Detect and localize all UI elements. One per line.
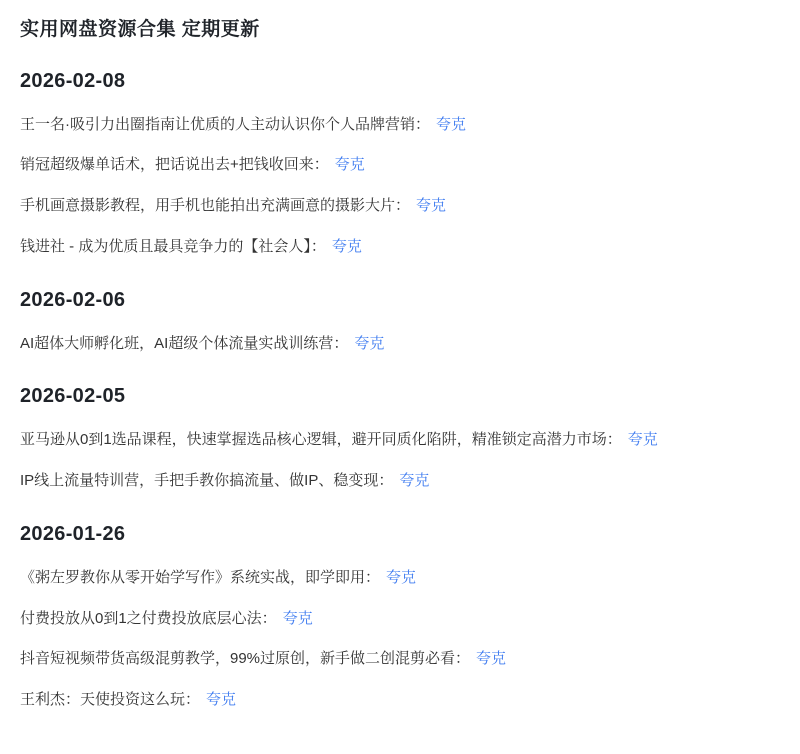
quark-link[interactable]: 夸克 bbox=[354, 335, 384, 352]
resource-item-text: 亚马逊从0到1选品课程，快速掌握选品核心逻辑，避开同质化陷阱，精准锁定高潜力市场… bbox=[20, 431, 622, 448]
resource-item: 手机画意摄影教程，用手机也能拍出充满画意的摄影大片：夸克 bbox=[20, 195, 780, 217]
quark-link[interactable]: 夸克 bbox=[335, 156, 365, 173]
quark-link[interactable]: 夸克 bbox=[476, 650, 506, 667]
resource-item-text: 王一名·吸引力出圈指南让优质的人主动认识你个人品牌营销： bbox=[20, 116, 430, 133]
section-date-heading: 2026-01-26 bbox=[20, 522, 780, 547]
quark-link[interactable]: 夸克 bbox=[628, 431, 658, 448]
resource-item: 《粥左罗教你从零开始学写作》系统实战，即学即用：夸克 bbox=[20, 567, 780, 589]
resource-item-text: IP线上流量特训营，手把手教你搞流量、做IP、稳变现： bbox=[20, 472, 393, 489]
quark-link[interactable]: 夸克 bbox=[436, 116, 466, 133]
resource-item: 王一名·吸引力出圈指南让优质的人主动认识你个人品牌营销：夸克 bbox=[20, 114, 780, 136]
resource-item-text: 《粥左罗教你从零开始学写作》系统实战，即学即用： bbox=[20, 569, 380, 586]
quark-link[interactable]: 夸克 bbox=[283, 610, 313, 627]
resource-item-text: 销冠超级爆单话术，把话说出去+把钱收回来： bbox=[20, 156, 329, 173]
section-date-heading: 2026-02-06 bbox=[20, 288, 780, 313]
quark-link[interactable]: 夸克 bbox=[332, 238, 362, 255]
resource-item-text: 手机画意摄影教程，用手机也能拍出充满画意的摄影大片： bbox=[20, 197, 410, 214]
quark-link[interactable]: 夸克 bbox=[399, 472, 429, 489]
resource-item-text: 王利杰：天使投资这么玩： bbox=[20, 691, 200, 708]
quark-link[interactable]: 夸克 bbox=[386, 569, 416, 586]
page-title: 实用网盘资源合集 定期更新 bbox=[20, 18, 780, 43]
date-section: 2026-02-08王一名·吸引力出圈指南让优质的人主动认识你个人品牌营销：夸克… bbox=[20, 69, 780, 258]
resource-item: 亚马逊从0到1选品课程，快速掌握选品核心逻辑，避开同质化陷阱，精准锁定高潜力市场… bbox=[20, 429, 780, 451]
resource-item: 销冠超级爆单话术，把话说出去+把钱收回来：夸克 bbox=[20, 154, 780, 176]
resource-item: 钱进社 - 成为优质且最具竞争力的【社会人】：夸克 bbox=[20, 236, 780, 258]
quark-link[interactable]: 夸克 bbox=[416, 197, 446, 214]
resource-item: 抖音短视频带货高级混剪教学，99%过原创，新手做二创混剪必看：夸克 bbox=[20, 648, 780, 670]
section-date-heading: 2026-02-08 bbox=[20, 69, 780, 94]
date-section: 2026-02-05亚马逊从0到1选品课程，快速掌握选品核心逻辑，避开同质化陷阱… bbox=[20, 384, 780, 492]
resource-item: IP线上流量特训营，手把手教你搞流量、做IP、稳变现：夸克 bbox=[20, 470, 780, 492]
section-date-heading: 2026-02-05 bbox=[20, 384, 780, 409]
resource-item-text: 钱进社 - 成为优质且最具竞争力的【社会人】： bbox=[20, 238, 326, 255]
resource-item-text: 付费投放从0到1之付费投放底层心法： bbox=[20, 610, 277, 627]
resource-item: AI超体大师孵化班，AI超级个体流量实战训练营：夸克 bbox=[20, 333, 780, 355]
resource-item: 王利杰：天使投资这么玩：夸克 bbox=[20, 689, 780, 711]
date-section: 2026-02-06AI超体大师孵化班，AI超级个体流量实战训练营：夸克 bbox=[20, 288, 780, 355]
date-section: 2026-01-26《粥左罗教你从零开始学写作》系统实战，即学即用：夸克付费投放… bbox=[20, 522, 780, 711]
resource-item-text: AI超体大师孵化班，AI超级个体流量实战训练营： bbox=[20, 335, 348, 352]
resource-list: 2026-02-08王一名·吸引力出圈指南让优质的人主动认识你个人品牌营销：夸克… bbox=[20, 69, 780, 711]
resource-item-text: 抖音短视频带货高级混剪教学，99%过原创，新手做二创混剪必看： bbox=[20, 650, 470, 667]
resource-item: 付费投放从0到1之付费投放底层心法：夸克 bbox=[20, 608, 780, 630]
quark-link[interactable]: 夸克 bbox=[206, 691, 236, 708]
